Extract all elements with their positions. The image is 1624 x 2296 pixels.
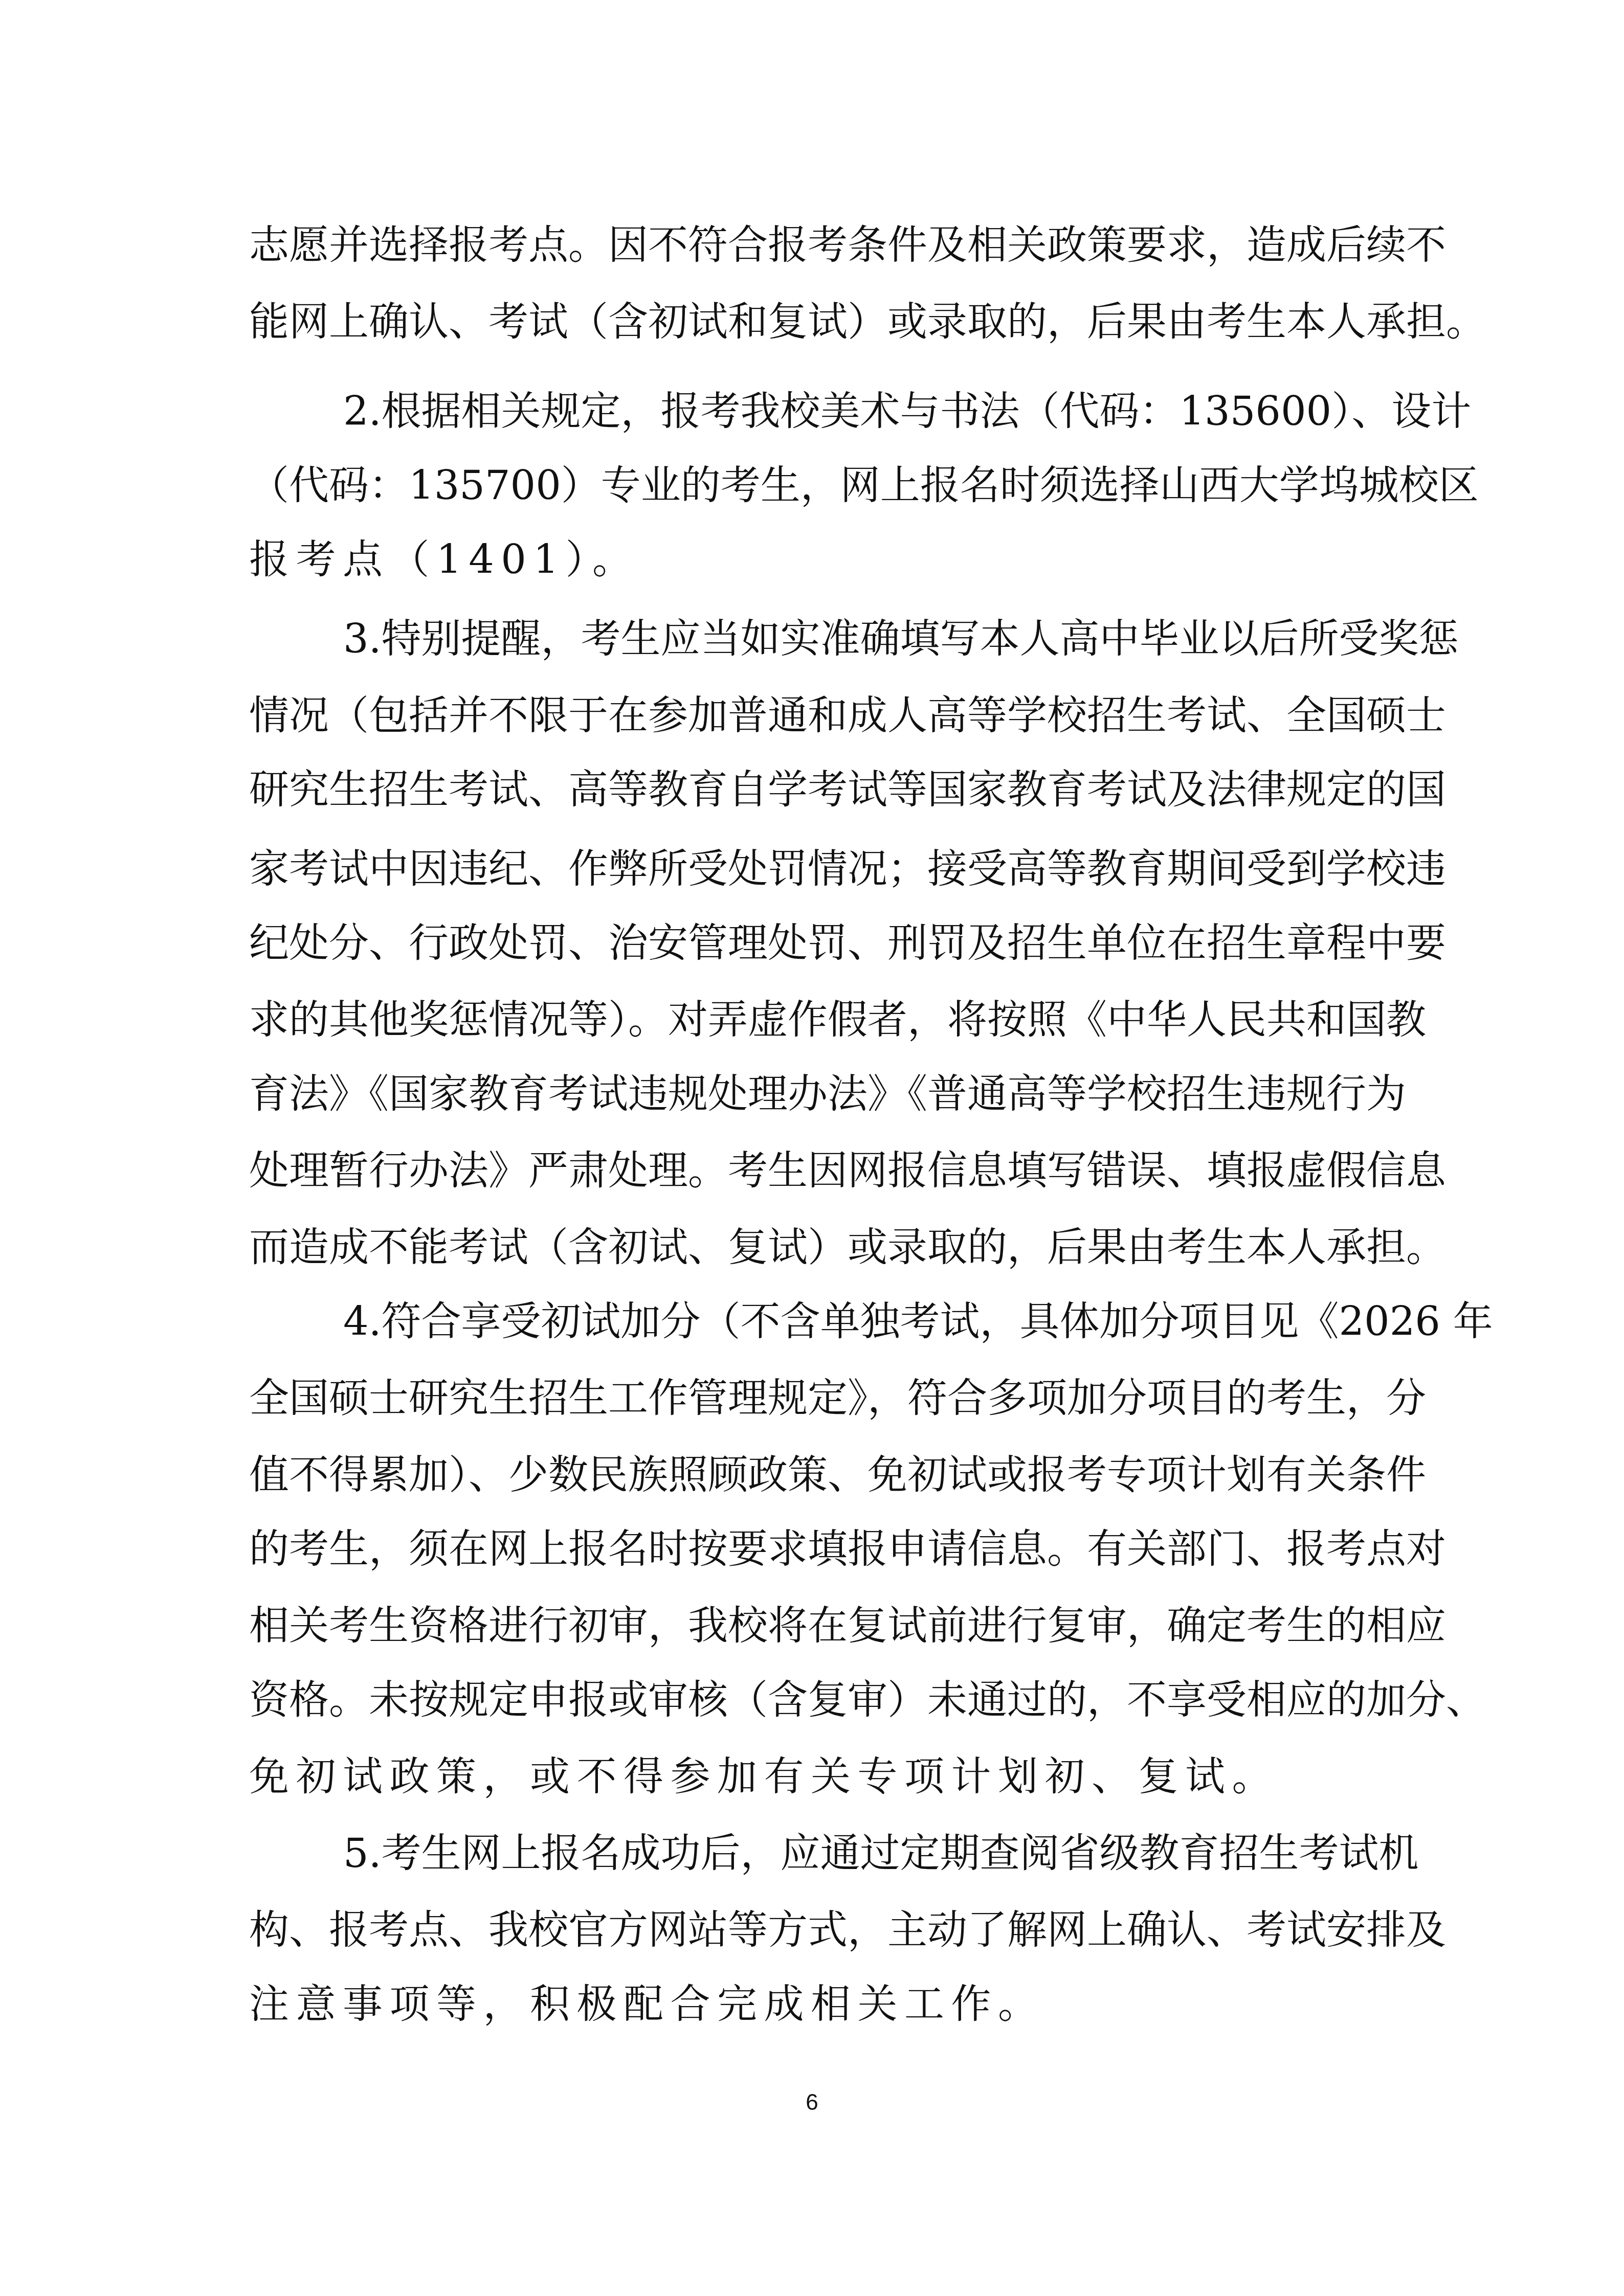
item-2-line: 2.根据相关规定，报考我校美术与书法（代码：135600）、设计 xyxy=(343,386,1377,437)
item-4-line: 相关考生资格进行初审，我校将在复试前进行复审，确定考生的相应 xyxy=(249,1601,1377,1652)
item-3-line: 而造成不能考试（含初试、复试）或录取的，后果由考生本人承担。 xyxy=(249,1222,1377,1273)
item-3-line: 纪处分、行政处罚、治安管理处罚、刑罚及招生单位在招生章程中要 xyxy=(249,918,1377,969)
item-4-line: 免初试政策，或不得参加有关专项计划初、复试。 xyxy=(249,1751,1377,1803)
item-4-line: 值不得累加）、少数民族照顾政策、免初试或报考专项计划有关条件 xyxy=(249,1450,1377,1501)
item-5-line: 注意事项等，积极配合完成相关工作。 xyxy=(249,1979,1377,2030)
item-5-line: 5.考生网上报名成功后，应通过定期查阅省级教育招生考试机 xyxy=(343,1828,1377,1879)
paragraph-line: 能网上确认、考试（含初试和复试）或录取的，后果由考生本人承担。 xyxy=(249,297,1377,348)
item-2-line: （代码：135700）专业的考生，网上报名时须选择山西大学坞城校区 xyxy=(249,460,1377,511)
item-5-line: 构、报考点、我校官方网站等方式，主动了解网上确认、考试安排及 xyxy=(249,1905,1377,1956)
item-3-line: 3.特别提醒，考生应当如实准确填写本人高中毕业以后所受奖惩 xyxy=(343,614,1377,665)
item-4-line: 全国硕士研究生招生工作管理规定》，符合多项加分项目的考生，分 xyxy=(249,1373,1377,1424)
document-page: 志愿并选择报考点。因不符合报考条件及相关政策要求，造成后续不 能网上确认、考试（… xyxy=(0,0,1624,2296)
item-4-line: 4.符合享受初试加分（不含单独考试，具体加分项目见《2026 年 xyxy=(343,1296,1377,1347)
item-4-line: 的考生，须在网上报名时按要求填报申请信息。有关部门、报考点对 xyxy=(249,1524,1377,1575)
page-number: 6 xyxy=(0,2087,1624,2118)
item-3-line: 求的其他奖惩情况等）。对弄虚作假者，将按照《中华人民共和国教 xyxy=(249,995,1377,1046)
item-3-line: 家考试中因违纪、作弊所受处罚情况；接受高等教育期间受到学校违 xyxy=(249,844,1377,895)
item-3-line: 育法》《国家教育考试违规处理办法》《普通高等学校招生违规行为 xyxy=(249,1069,1377,1120)
item-4-line: 资格。未按规定申报或审核（含复审）未通过的，不享受相应的加分、 xyxy=(249,1675,1377,1726)
paragraph-line: 志愿并选择报考点。因不符合报考条件及相关政策要求，造成后续不 xyxy=(249,220,1377,271)
item-3-line: 情况（包括并不限于在参加普通和成人高等学校招生考试、全国硕士 xyxy=(249,690,1377,741)
item-3-line: 研究生招生考试、高等教育自学考试等国家教育考试及法律规定的国 xyxy=(249,764,1377,816)
item-2-line: 报考点（1401）。 xyxy=(249,534,1377,586)
item-3-line: 处理暂行办法》严肃处理。考生因网报信息填写错误、填报虚假信息 xyxy=(249,1145,1377,1197)
